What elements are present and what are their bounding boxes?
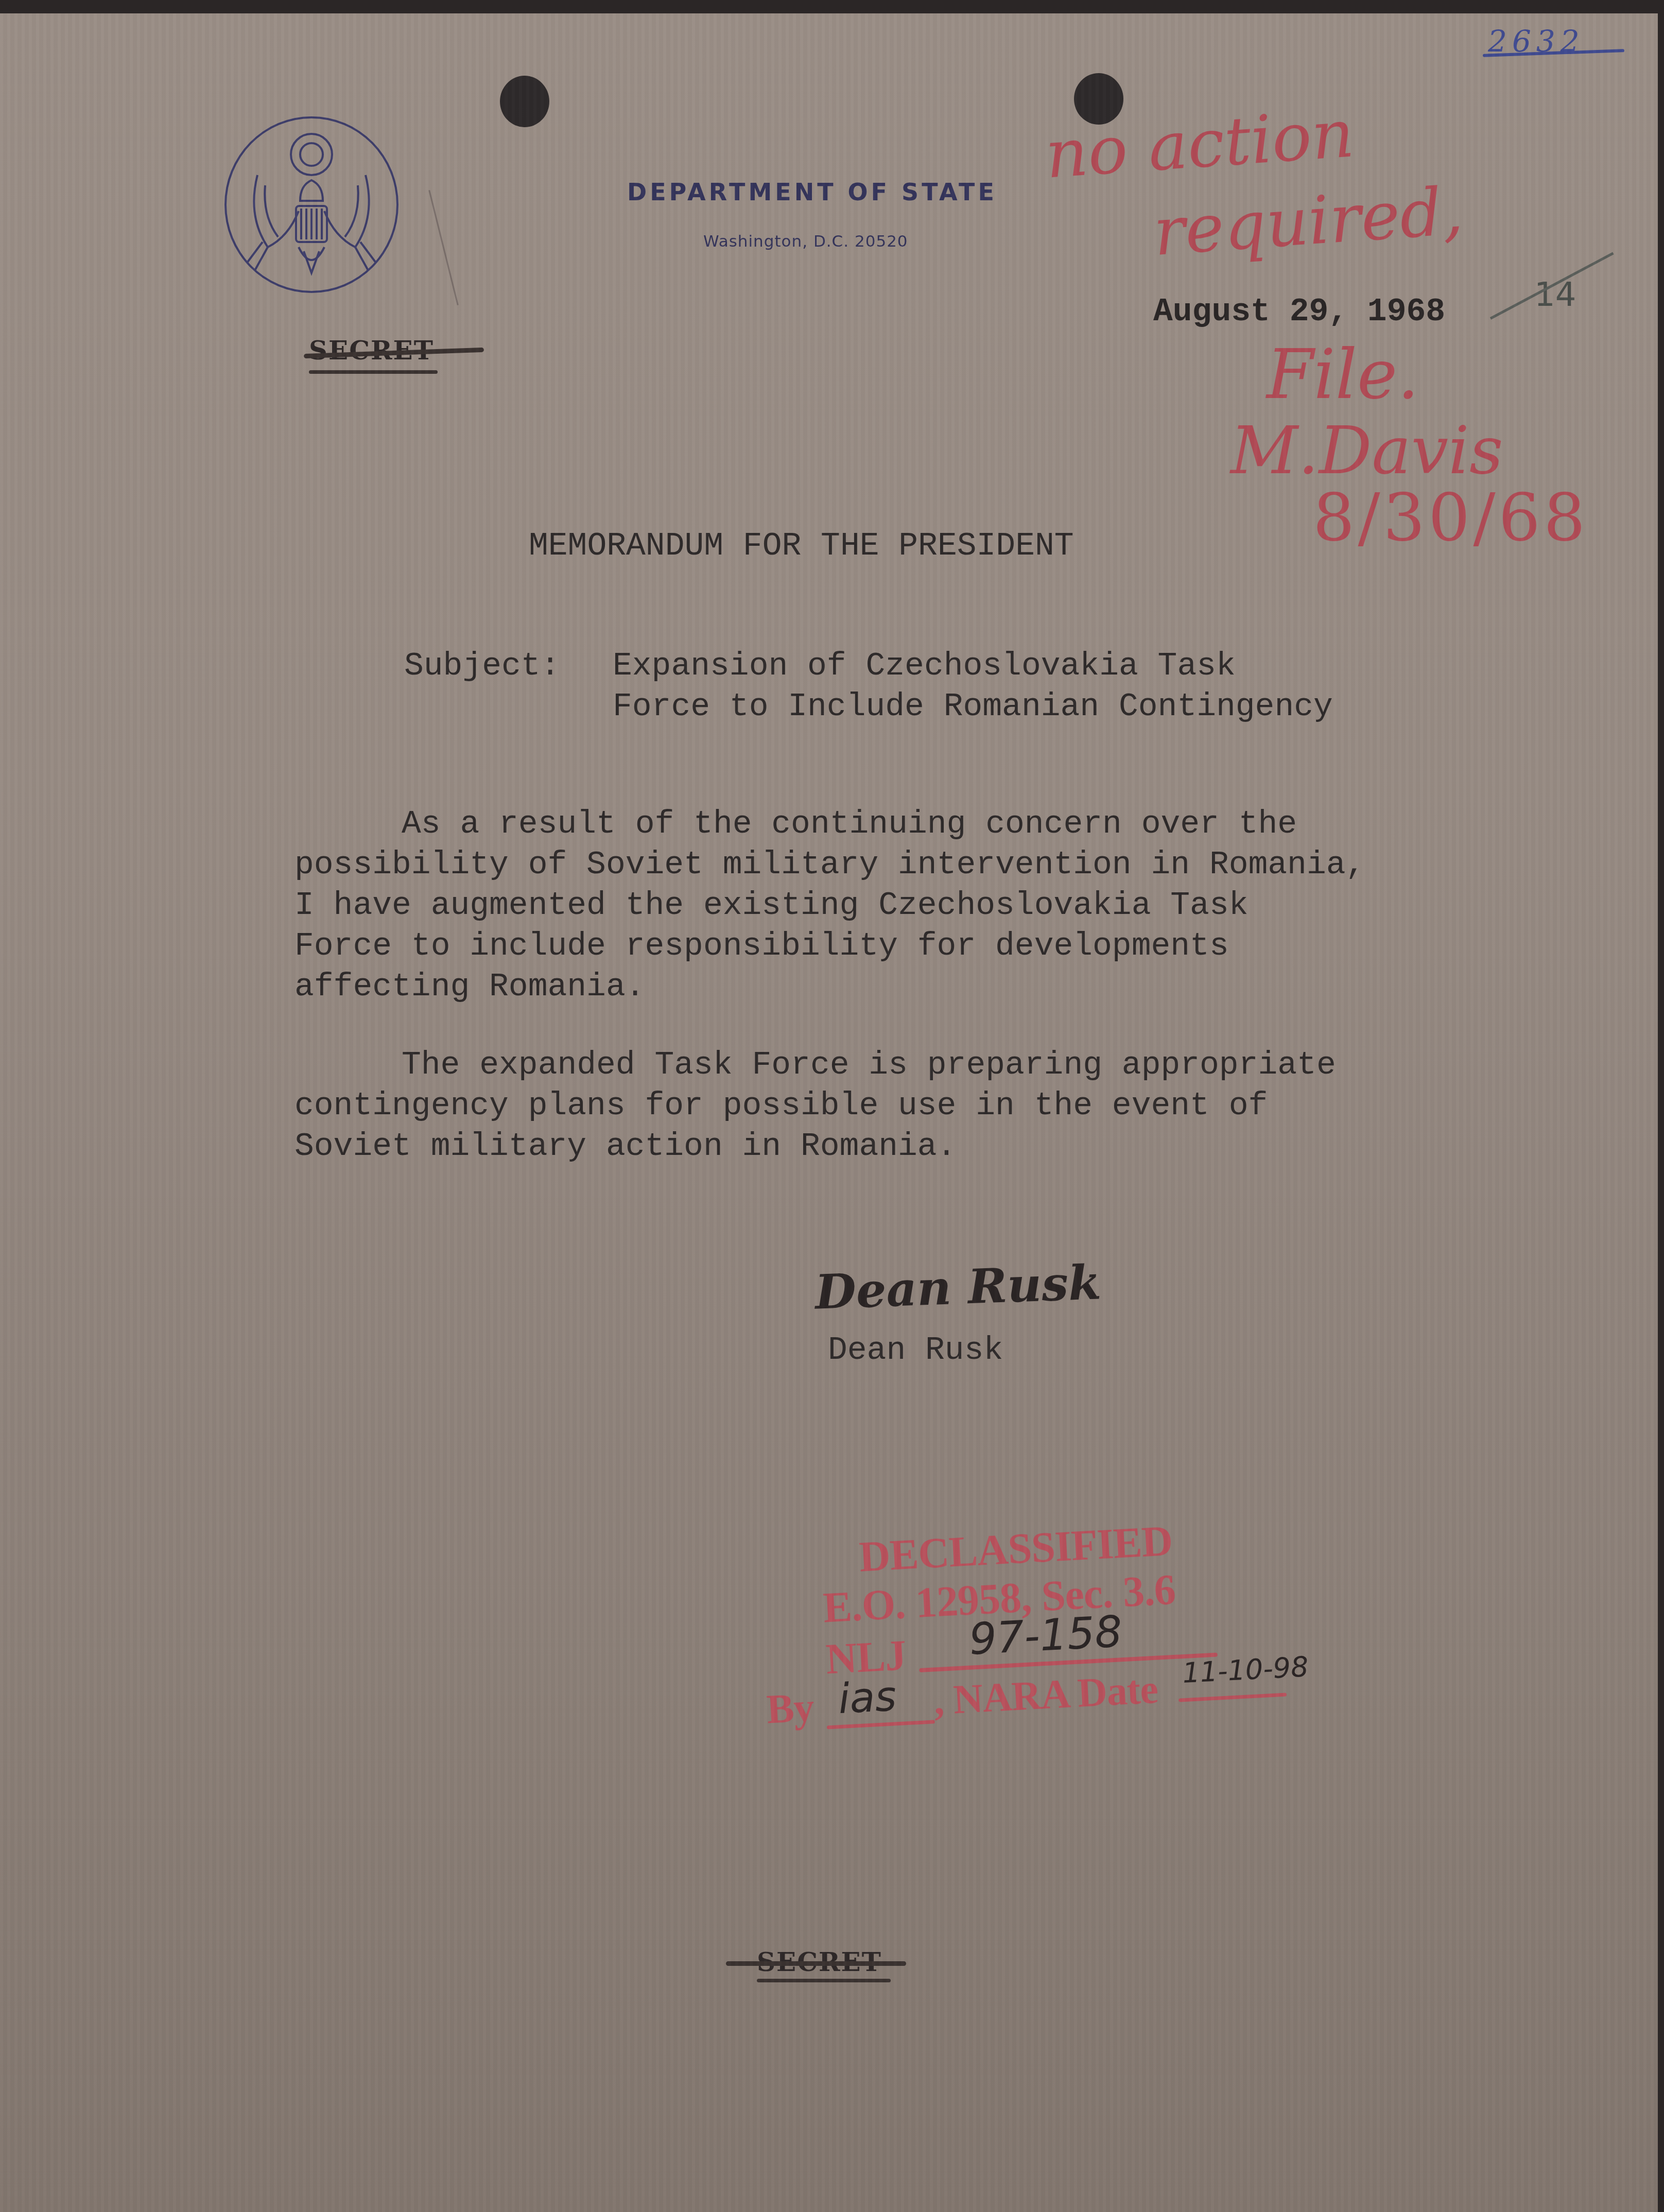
annotation-page-count: 14 xyxy=(1534,276,1576,314)
paragraph-line: Soviet military action in Romania. xyxy=(294,1126,1336,1167)
document-page: 2632 xyxy=(0,13,1658,2212)
paragraph-line: affecting Romania. xyxy=(294,966,1365,1007)
paragraph-line: possibility of Soviet military intervent… xyxy=(294,844,1365,885)
paragraph-line: The expanded Task Force is preparing app… xyxy=(294,1045,1336,1085)
annotation-file: File. xyxy=(1267,335,1419,414)
underline xyxy=(757,1979,891,1982)
body-paragraph-1: As a result of the continuing concern ov… xyxy=(294,804,1365,1007)
subject-label: Subject: xyxy=(404,646,560,686)
paragraph-line: contingency plans for possible use in th… xyxy=(294,1085,1336,1126)
subject-line: Expansion of Czechoslovakia Task xyxy=(613,646,1333,686)
annotation-file-date: 8/30/68 xyxy=(1313,479,1588,556)
subject-text: Expansion of Czechoslovakia Task Force t… xyxy=(613,646,1333,727)
scan-mark xyxy=(428,190,459,305)
paragraph-line: Force to include responsibility for deve… xyxy=(294,926,1365,966)
stamp-by-label: By xyxy=(766,1684,815,1734)
subject-line: Force to Include Romanian Contingency xyxy=(613,686,1333,727)
stamp-date-underline xyxy=(1178,1693,1287,1702)
stamp-by-initials: ias xyxy=(837,1672,898,1723)
memo-date: August 29, 1968 xyxy=(1153,291,1445,332)
paragraph-line: As a result of the continuing concern ov… xyxy=(294,804,1365,844)
annotation-initials: M.Davis xyxy=(1230,412,1503,489)
annotation-required: required, xyxy=(1151,172,1466,271)
strikethrough-line xyxy=(726,1961,906,1966)
punch-hole-left xyxy=(500,76,549,127)
handwritten-signature: Dean Rusk xyxy=(814,1254,1102,1320)
paragraph-line: I have augmented the existing Czechoslov… xyxy=(294,885,1365,926)
signatory-name: Dean Rusk xyxy=(828,1330,1003,1371)
classification-top: SECRET xyxy=(309,335,494,376)
letterhead-address: Washington, D.C. 20520 xyxy=(703,232,908,251)
body-paragraph-2: The expanded Task Force is preparing app… xyxy=(294,1045,1336,1167)
letterhead-title: DEPARTMENT OF STATE xyxy=(627,178,997,206)
classification-bottom: SECRET xyxy=(757,1947,911,1988)
stamp-nlj-number: 97-158 xyxy=(968,1606,1123,1664)
stamp-nara-date: 11-10-98 xyxy=(1182,1650,1309,1689)
stamp-nara-date-label: , NARA Date xyxy=(932,1666,1159,1725)
declassification-stamp: DECLASSIFIED E.O. 12958, Sec. 3.6 NLJ 97… xyxy=(757,1493,1324,1738)
underline xyxy=(309,370,438,374)
memo-title: MEMORANDUM FOR THE PRESIDENT xyxy=(529,526,1074,566)
great-seal-icon xyxy=(224,116,398,293)
